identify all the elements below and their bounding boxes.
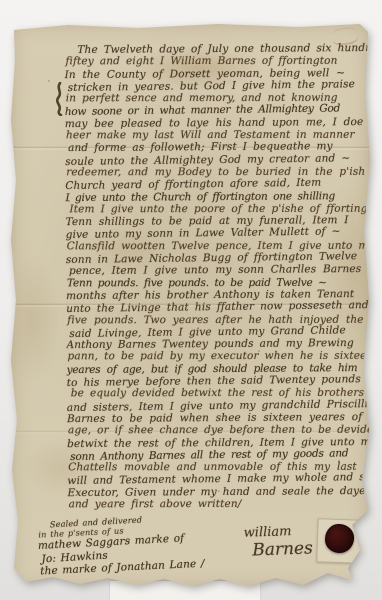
wax-seal-icon bbox=[325, 523, 355, 553]
will-body-text: The Twelveth daye of July one thousand s… bbox=[64, 42, 373, 519]
foxing-speckles bbox=[8, 20, 10, 22]
seal-paper-patch bbox=[316, 518, 364, 564]
manuscript-line: I give unto the Church of ffortington on… bbox=[65, 189, 371, 203]
manuscript-line: and yeare first above written/ bbox=[69, 498, 374, 511]
manuscript-wrapper: The Twelveth daye of July one thousand s… bbox=[8, 20, 372, 592]
manuscript-line: pence, Item I give unto my sonn Charlles… bbox=[69, 263, 372, 277]
witness-attestation: Sealed and delivered in the p'sents of u… bbox=[37, 511, 230, 579]
photograph-background: The Twelveth daye of July one thousand s… bbox=[0, 0, 382, 600]
manuscript-page: The Twelveth daye of July one thousand s… bbox=[8, 20, 372, 592]
